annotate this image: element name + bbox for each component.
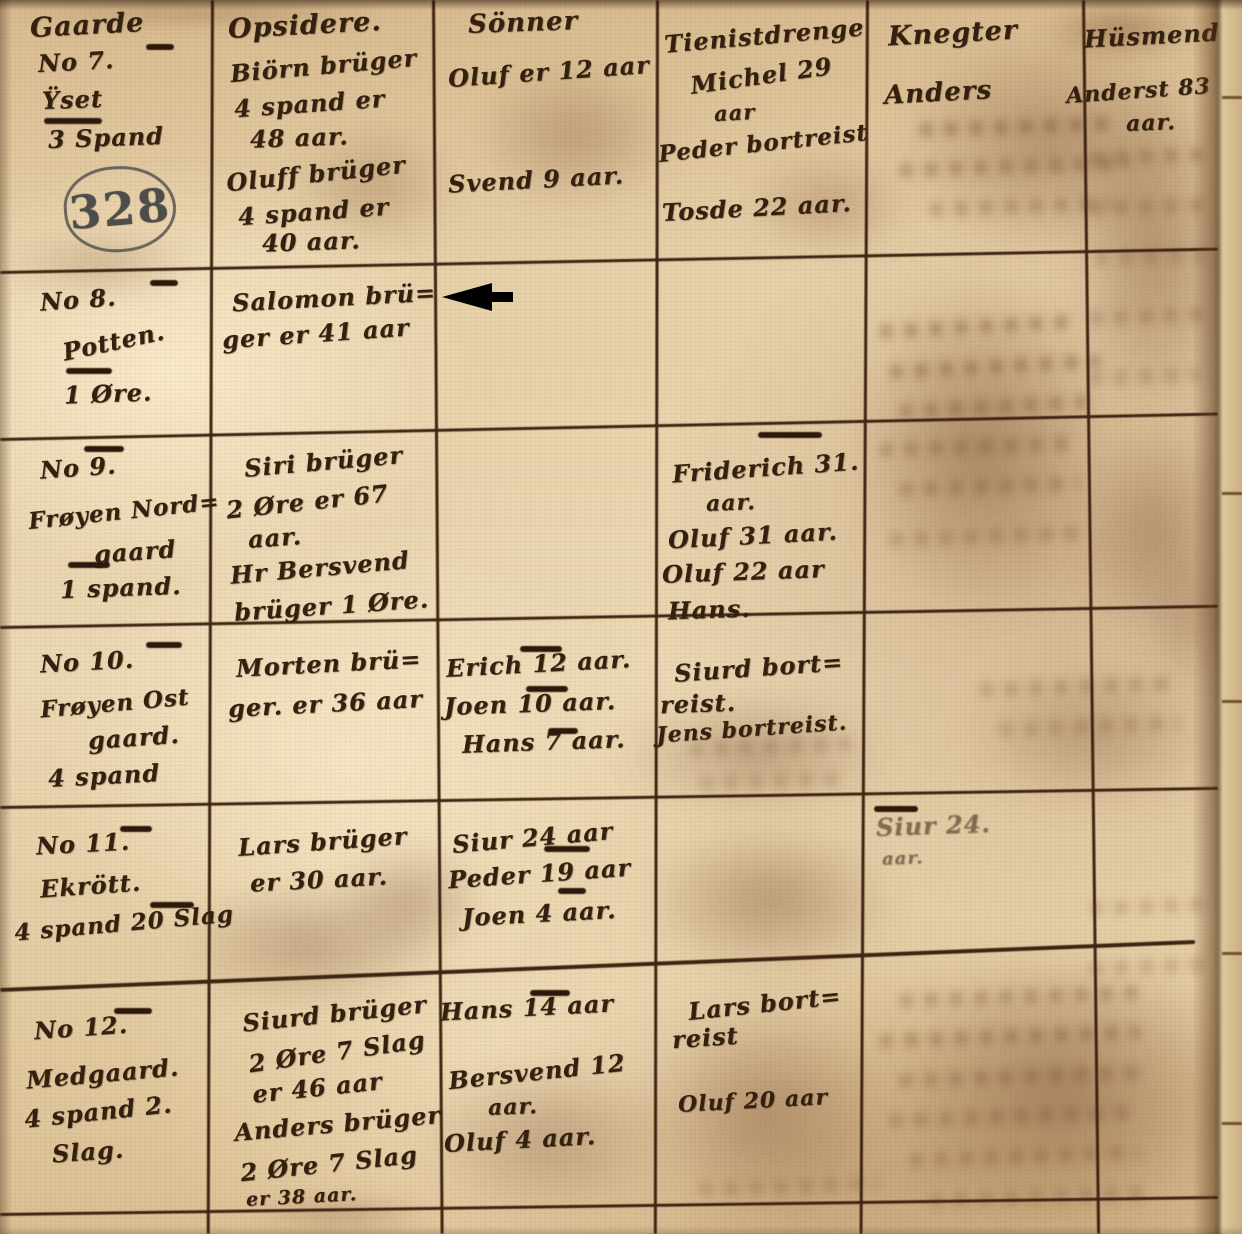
cell-text: Hans 14 aar bbox=[439, 991, 614, 1024]
cell-text: Hans. bbox=[668, 597, 751, 624]
cell-text: Svend 9 aar. bbox=[447, 163, 624, 196]
ghost-writing bbox=[900, 1066, 1140, 1087]
ghost-writing bbox=[910, 1146, 1140, 1167]
grid-line-horizontal bbox=[0, 605, 1218, 629]
cell-text: Siurd bort= bbox=[673, 650, 844, 686]
cell-text: aar. bbox=[882, 849, 924, 868]
next-page-line-stub bbox=[1222, 952, 1242, 955]
cell-text: Anderst 83 bbox=[1065, 75, 1211, 107]
ink-overline-stroke bbox=[150, 902, 194, 908]
column-header-opsidere: Opsidere. bbox=[227, 8, 382, 43]
ink-overline-stroke bbox=[558, 888, 586, 894]
cell-text: Hans 7 aar. bbox=[462, 727, 626, 757]
next-page-line-stub bbox=[1222, 1122, 1242, 1125]
ghost-writing bbox=[890, 527, 1090, 547]
ghost-writing bbox=[700, 772, 850, 790]
ink-overline-stroke bbox=[150, 280, 178, 286]
cell-text: Oluff brüger bbox=[225, 153, 407, 196]
cell-text: No 9. bbox=[39, 453, 117, 482]
column-header-sonner: Sönner bbox=[468, 8, 579, 38]
next-page-line-stub bbox=[1222, 700, 1242, 703]
ghost-writing bbox=[880, 437, 1080, 457]
ink-overline-stroke bbox=[114, 1008, 152, 1014]
cell-text: 2 Øre er 67 bbox=[225, 482, 390, 523]
grid-line-vertical bbox=[1082, 0, 1100, 1234]
arrow-left-annotation bbox=[442, 283, 514, 311]
cell-text: Erich 12 aar. bbox=[445, 647, 631, 681]
ink-overline-stroke bbox=[120, 826, 152, 832]
cell-text: Siur 24 aar bbox=[451, 819, 614, 857]
cell-text: Michel 29 bbox=[689, 54, 834, 98]
cell-text: aar. bbox=[706, 491, 756, 515]
next-page-line-stub bbox=[1222, 96, 1242, 99]
grid-line-horizontal bbox=[0, 412, 1218, 441]
cell-text: Slag. bbox=[51, 1138, 125, 1167]
cell-text: Joen 10 aar. bbox=[444, 689, 617, 719]
cell-text: 4 spand er bbox=[233, 87, 386, 122]
ink-overline-stroke bbox=[530, 990, 570, 996]
manuscript-page: Gaarde Opsidere. Sönner Tienistdrenge Kn… bbox=[0, 0, 1242, 1234]
ghost-writing bbox=[880, 315, 1080, 338]
ink-overline-stroke bbox=[544, 846, 590, 852]
ghost-writing bbox=[890, 1106, 1140, 1128]
cell-text: No 11. bbox=[35, 830, 130, 859]
cell-text: gaard. bbox=[87, 723, 180, 753]
grid-line-vertical bbox=[860, 0, 869, 1234]
cell-text: Bersvend 12 bbox=[447, 1051, 626, 1093]
grid-line-horizontal bbox=[0, 1196, 1218, 1216]
cell-text: No 8. bbox=[39, 285, 117, 314]
cell-text: No 12. bbox=[33, 1013, 129, 1044]
cell-text: No 10. bbox=[39, 648, 134, 677]
cell-text: ger. er 36 aar bbox=[228, 687, 424, 721]
ink-overline-stroke bbox=[84, 446, 124, 452]
cell-text: 4 spand 2. bbox=[23, 1092, 173, 1131]
ghost-writing bbox=[880, 1025, 1140, 1047]
cell-text: aar bbox=[713, 101, 755, 124]
cell-text: er 38 aar. bbox=[246, 1185, 358, 1210]
cell-text: 4 spand bbox=[47, 761, 160, 791]
bleed-through-blotch bbox=[890, 30, 1210, 260]
ghost-writing bbox=[930, 197, 1110, 216]
cell-text: 4 spand 20 Slag bbox=[13, 902, 234, 944]
cell-text: Oluf 4 aar. bbox=[443, 1124, 596, 1156]
ink-overline-stroke bbox=[66, 368, 112, 374]
grid-line-horizontal bbox=[0, 940, 1195, 992]
grid-line-vertical bbox=[432, 0, 444, 1234]
ghost-writing bbox=[1090, 368, 1200, 385]
cell-text: Oluf 22 aar bbox=[662, 557, 825, 587]
cell-text: Anders brüger bbox=[233, 1103, 442, 1145]
column-header-knegter: Knegter bbox=[887, 17, 1018, 51]
cell-text: er 30 aar. bbox=[249, 864, 388, 895]
page-number-stamp: 328 bbox=[60, 161, 179, 256]
cell-text: Ÿset bbox=[42, 87, 104, 113]
cell-text: 3 Spand bbox=[48, 124, 165, 152]
cell-text: 2 Øre 7 Slag bbox=[239, 1143, 419, 1185]
ink-overline-stroke bbox=[548, 728, 578, 734]
bleed-through-blotch bbox=[850, 280, 1110, 620]
cell-text: Oluf 20 aar bbox=[678, 1086, 829, 1116]
cell-text: Peder bortreist bbox=[657, 121, 869, 166]
ink-overline-stroke bbox=[758, 432, 822, 438]
book-page-edge bbox=[1192, 0, 1242, 1234]
cell-text: Siur 24. bbox=[876, 812, 991, 840]
cell-text: 4 spand er bbox=[237, 195, 390, 230]
ink-overline-stroke bbox=[146, 44, 174, 50]
ink-overline-stroke bbox=[874, 806, 918, 812]
ink-overline-stroke bbox=[520, 646, 562, 652]
cell-text: Medgaard. bbox=[25, 1055, 180, 1092]
cell-text: Salomon brü= bbox=[232, 281, 437, 316]
cell-text: Siri brüger bbox=[243, 443, 404, 481]
column-header-gaarde: Gaarde bbox=[29, 9, 145, 42]
cell-text: Peder 19 aar bbox=[447, 856, 631, 893]
ink-overline-stroke bbox=[44, 118, 102, 124]
cell-text: ger er 41 aar bbox=[221, 315, 410, 352]
cell-text: Potten. bbox=[61, 319, 167, 364]
cell-text: 1 spand. bbox=[60, 574, 182, 602]
cell-text: 40 aar. bbox=[262, 228, 361, 255]
grid-line-vertical bbox=[207, 0, 214, 1234]
cell-text: No 7. bbox=[37, 48, 115, 76]
cell-text: 2 Øre 7 Slag bbox=[247, 1028, 427, 1077]
ink-overline-stroke bbox=[526, 686, 568, 692]
cell-text: reist. bbox=[660, 691, 737, 718]
next-page-line-stub bbox=[1222, 492, 1242, 495]
cell-text: Anders bbox=[883, 77, 992, 109]
cell-text: Morten brü= bbox=[235, 647, 421, 681]
cell-text: Hr Bersvend bbox=[229, 548, 410, 588]
cell-text: aar. bbox=[1126, 111, 1176, 135]
cell-text: Joen 4 aar. bbox=[461, 898, 616, 930]
ghost-writing bbox=[890, 355, 1100, 379]
cell-text: reist bbox=[671, 1024, 739, 1053]
cell-text: Tosde 22 aar. bbox=[662, 191, 853, 225]
cell-text: 48 aar. bbox=[250, 124, 349, 151]
ghost-writing bbox=[900, 477, 1080, 496]
cell-text: Frøyen Ost bbox=[39, 686, 190, 722]
ghost-writing bbox=[900, 395, 1090, 418]
cell-text: aar. bbox=[488, 1095, 538, 1119]
ghost-writing bbox=[700, 1177, 880, 1196]
cell-text: Lars brüger bbox=[237, 824, 408, 860]
bleed-through-blotch bbox=[880, 950, 1240, 1230]
cell-text: Ekrött. bbox=[39, 871, 142, 902]
grid-line-horizontal bbox=[0, 787, 1218, 809]
arrow-tail bbox=[490, 292, 513, 302]
arrow-head-icon bbox=[442, 283, 492, 311]
column-header-tienistdrenge: Tienistdrenge bbox=[663, 15, 865, 56]
ghost-writing bbox=[900, 156, 1130, 177]
ink-overline-stroke bbox=[68, 562, 110, 568]
cell-text: Lars bort= bbox=[687, 984, 842, 1024]
cell-text: Frøyen Nord= bbox=[27, 490, 220, 533]
cell-text: 1 Øre. bbox=[64, 380, 153, 407]
cell-text: Friderich 31. bbox=[671, 449, 860, 486]
cell-text: Oluf er 12 aar bbox=[447, 53, 650, 91]
grid-line-horizontal bbox=[0, 248, 1218, 274]
ghost-writing bbox=[980, 677, 1180, 697]
cell-text: Oluf 31 aar. bbox=[667, 520, 838, 553]
ink-overline-stroke bbox=[146, 642, 182, 648]
bleed-through-blotch bbox=[330, 840, 490, 960]
ghost-writing bbox=[920, 117, 1120, 137]
ghost-writing bbox=[900, 986, 1150, 1008]
cell-text: aar. bbox=[247, 524, 302, 552]
cell-text: Biörn brüger bbox=[229, 46, 418, 86]
